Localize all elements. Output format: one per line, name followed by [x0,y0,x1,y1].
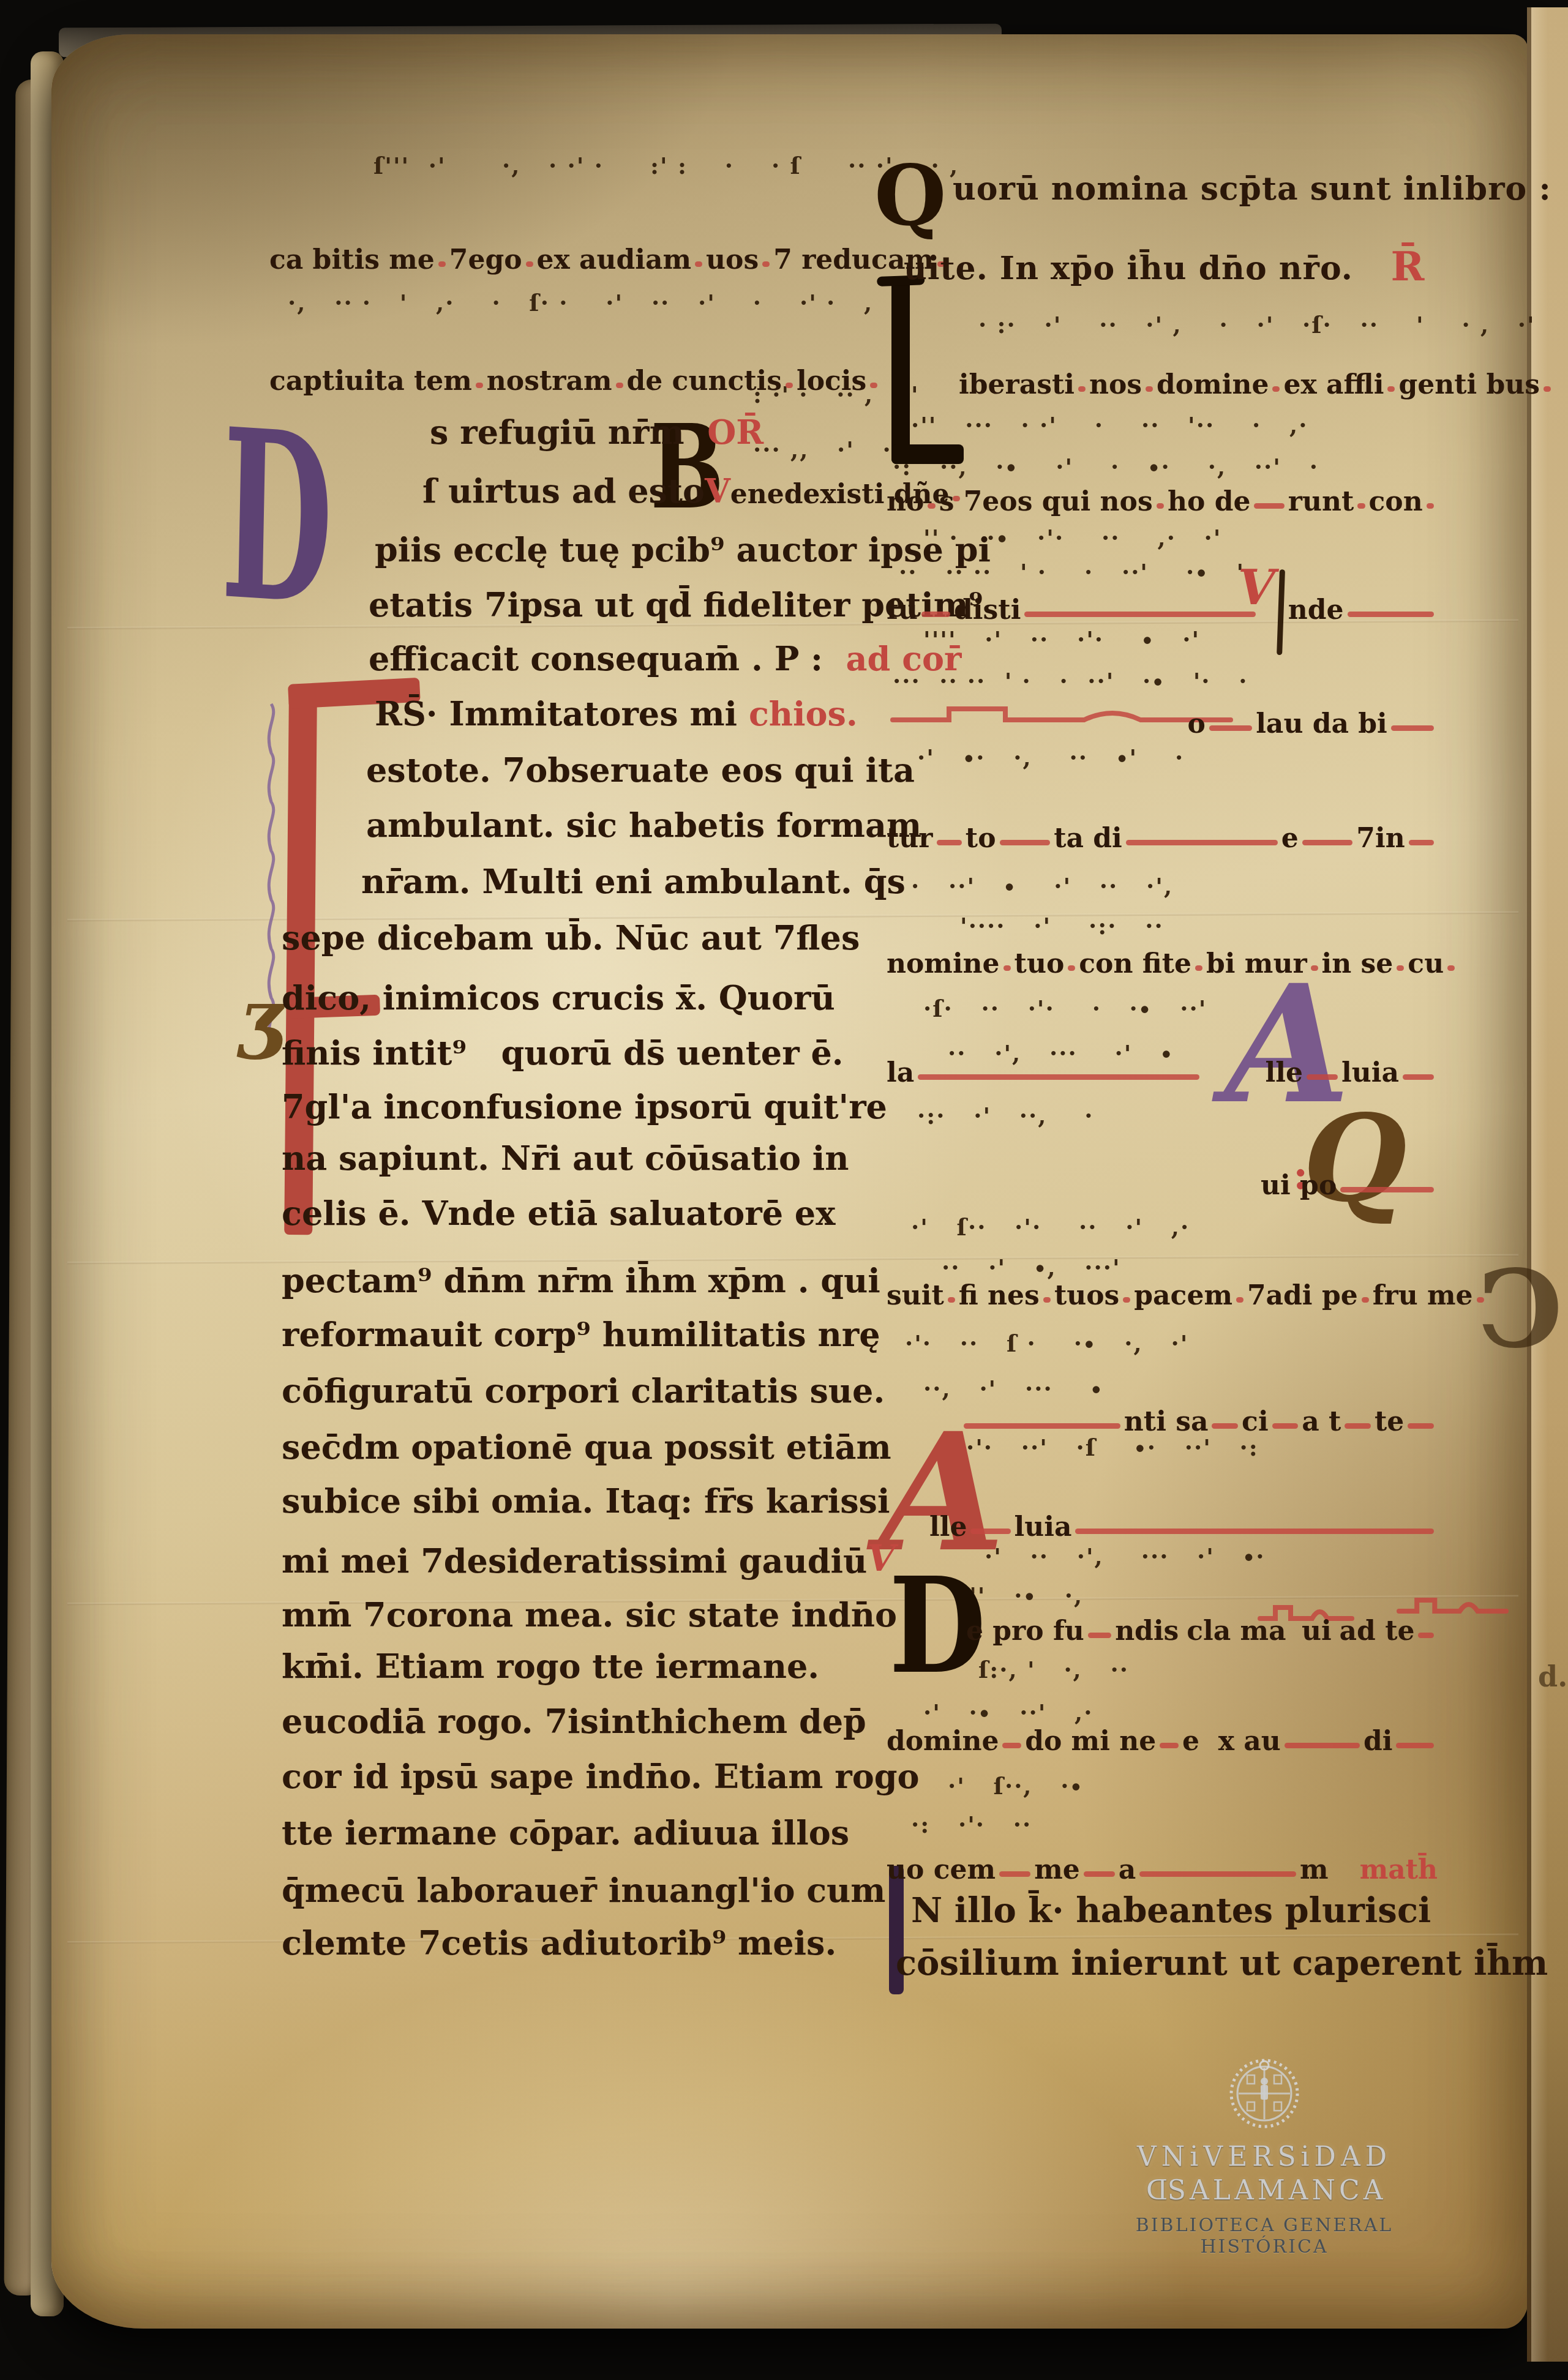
syllable-text: to [966,823,996,853]
text-line: q̄mecū laborauer̄ inuangl'io cum [282,1872,872,1909]
text-line: RS̄· Immitatores mi chios. [375,695,872,732]
manuscript-photo: VNiVERSiDAD DSALAMANCA BIBLIOTECA GENERA… [0,0,1568,2380]
syllable-text: subice sibi omia. Itaq: fr̄s karissi [282,1483,890,1519]
syllable-text: na sapiunt. Nr̄i aut cōūsatio in [282,1140,849,1177]
chant-line: uo cemmeammath̄ [887,1855,1438,1885]
syllable-text: celis ē. Vnde etiā saluatorē ex [282,1195,835,1232]
syllable-text: a [1119,1855,1136,1885]
neume-row: ſ:·, ' ·, ·· [978,1656,1129,1683]
rubric-text: chios. [749,695,858,732]
red-line-filler [1362,1297,1369,1303]
text-line: 7gl'a inconfusione ipsorū quit're [282,1088,872,1125]
chant-line: captiuita temnostramde cunctislocis [269,366,872,396]
syllable-text: pacem [1134,1281,1232,1311]
chant-line: suitfi nestuospacem7adi pefru me [887,1281,1438,1311]
syllable-text: fru me [1373,1281,1473,1311]
syllable-text: e pro fu [966,1616,1084,1646]
syllable-text: N illo k̄· habeantes plurisci [911,1892,1431,1930]
red-line-filler [1002,1743,1021,1748]
text-line: sec̄dm opationē qua possit etiām [282,1429,872,1465]
red-line-filler [1311,965,1318,971]
syllable-text: x au [1218,1726,1281,1756]
syllable-text: tur [887,823,933,853]
text-line: mi mei 7desideratissimi gaudiū [282,1543,872,1579]
rubric-text: OR̄ [707,414,763,451]
next-folio-edge [1527,7,1568,2362]
neume-row: ·: ·'· ·· [911,1811,1032,1838]
syllable-text: o [1188,709,1206,739]
initial-l-stem [891,280,910,464]
syllable-text: ci [1242,1407,1269,1437]
red-line-filler [1345,1423,1371,1429]
syllable-text: ad te [1340,1616,1415,1646]
red-line-filler [1209,725,1252,731]
text-line: efficacit consequam̄ . P : ad cor̄ [369,640,872,677]
syllable-text: lle [929,1512,967,1542]
red-line-filler [695,261,702,267]
text-line: nr̄am. Multi eni ambulant. q̄s [361,863,872,900]
syllable-text: nos [1089,370,1142,400]
syllable-text: disti [954,595,1021,625]
rubric-text: V [705,473,730,509]
text-line: na sapiunt. Nr̄i aut cōūsatio in [282,1140,872,1177]
neume-row: ·' ſ··, ·∙ [948,1772,1083,1800]
syllable-text: efficacit consequam̄ . P : [369,640,846,677]
syllable-text: ui [1302,1616,1332,1646]
university-seal-icon [1228,2057,1301,2130]
red-line-filler [1254,503,1284,509]
text-line: sepe dicebam ub̄. Nūc aut 7fles [282,919,872,956]
chant-line: nominetuocon fitebi murin secu [887,949,1438,979]
text-line: celis ē. Vnde etiā saluatorē ex [282,1195,872,1232]
chant-line: fudistinde [887,595,1438,625]
syllable-text: e [1281,823,1299,853]
rubric-text: math̄ [1360,1855,1438,1885]
red-line-filler [999,1871,1030,1877]
syllable-text: finis intit⁹ quorū ds̄ uenter ē. [282,1035,844,1071]
chant-line: dominedo mi neex audi [887,1726,1438,1756]
red-line-filler [438,261,446,267]
red-line-filler [1160,1743,1179,1748]
red-line-filler [1272,1423,1299,1429]
text-line: clemte 7cetis adiutorib⁹ meis. [282,1925,872,1961]
red-line-filler [1272,386,1280,392]
red-line-filler [1307,1074,1338,1080]
syllable-text: cōfiguratū corpori claritatis sue. [282,1372,885,1409]
syllable-text: tuo [1015,949,1065,979]
neume-row: ſ''' ·' ·, · ·' · :' : · · ſ ·· ·' · , [373,152,959,179]
red-line-filler [921,612,950,617]
syllable-text: domine [887,1726,999,1756]
syllable-text: ſ uirtus ad esto [422,473,705,509]
chant-line: turtota die7in [887,823,1438,853]
syllable-text: in se [1322,949,1394,979]
text-line: eucodiā rogo. 7isinthichem dep̄ [282,1703,872,1740]
syllable-text: ta di [1054,823,1122,853]
red-line-filler [786,383,793,388]
chant-line: nti sacia tte [960,1407,1438,1437]
syllable-text: a t [1302,1407,1341,1437]
syllable-text: mi mei 7desideratissimi gaudiū [282,1543,867,1579]
text-line: ambulant. sic habetis formam [366,807,872,844]
syllable-text: me [1034,1855,1080,1885]
neume-row: ·' ſ·· ·'· ·· ·' ,· [911,1213,1190,1241]
red-line-filler [1043,1297,1051,1303]
red-line-filler [918,1074,1199,1080]
syllable-text: bi mur [1206,949,1307,979]
text-line: tte iermane cōpar. adiuua illos [282,1814,872,1851]
text-line: ſ uirtus ad estoVenedexisti dñe [422,473,872,509]
red-line-filler [1123,1297,1130,1303]
red-line-filler [1397,965,1404,971]
syllable-text: reformauit corp⁹ humilitatis nrę [282,1316,880,1353]
syllable-text: la [887,1058,914,1088]
syllable-text: dico, inimicos crucis x̄. Quorū [282,979,835,1016]
syllable-text: 7in [1356,823,1405,853]
red-line-filler [1409,840,1434,845]
text-line: s refugiū nr̄m OR̄ [430,414,872,451]
red-line-filler [1003,965,1011,971]
syllable-text: e [1182,1726,1199,1756]
red-line-filler [1348,612,1434,617]
syllable-text: ui po [1261,1170,1337,1200]
text-line: cōsilium inierunt ut caperent ih̄m [896,1944,1438,1983]
syllable-text: s refugiū nr̄m [430,414,707,451]
chant-line: ca bitis me7egoex audiamuos7 reducam [269,245,872,275]
syllable-text: con [1369,487,1423,517]
syllable-text: s 7eos qui nos [939,487,1153,517]
syllable-text: cu [1408,949,1444,979]
neume-row: ·:· ·' ··, · [917,1102,1094,1129]
red-line-filler [937,840,962,845]
syllable-text: fi nes [959,1281,1040,1311]
syllable-text: luia [1341,1058,1399,1088]
text-line: etatis 7ipsa ut qd̄ fideliter petim⁹ [369,586,872,623]
chant-line: ui po [887,1170,1438,1200]
red-line-filler [1139,1871,1296,1877]
syllable-text: m [1300,1855,1329,1885]
text-line: finis intit⁹ quorū ds̄ uenter ē. [282,1035,872,1071]
neume-row: '···· ·' ·:· ·· [960,912,1164,940]
syllable-text: iberasti [959,370,1075,400]
syllable-text: ambulant. sic habetis formam [366,807,921,844]
chant-line: nos 7eos qui nosho deruntcon [887,487,1438,517]
syllable-text: lau da bi [1256,709,1387,739]
red-line-filler [1078,386,1086,392]
red-line-filler [1068,965,1075,971]
text-line: piis ecclę tuę pcib⁹ auctor ipse pi [375,531,872,568]
red-line-filler [1544,386,1551,392]
neume-row: ·' ·· ·', ··· ·' ∙· [985,1543,1266,1570]
syllable-text: uo cem [887,1855,996,1885]
rubric-text: R̄ [1391,246,1425,286]
neume-row: ·'· ··' ·ſ ∙· ··' ·: [966,1434,1259,1461]
syllable-text: 7adi pe [1247,1281,1358,1311]
syllable-text: ndis [1115,1616,1179,1646]
text-line: subice sibi omia. Itaq: fr̄s karissi [282,1483,872,1519]
neume-row: ·ſ· ·· ·'· · ·∙ ··' [923,995,1207,1022]
heading-line: uorū nomina scp̄ta sunt inlibro : [953,171,1438,207]
red-line-filler [1146,386,1153,392]
red-line-filler [1236,1297,1244,1303]
red-line-filler [1157,503,1164,509]
syllable-text: piis ecclę tuę pcib⁹ auctor ipse pi [375,531,991,568]
chant-line: lleluia [929,1512,1438,1542]
syllable-text: RS̄· Immitatores mi [375,695,749,732]
neume-row: · :· ·' ·· ·' , · ·' ·ſ· ·· ' · , ·' [978,311,1536,339]
text-line: pectam⁹ dn̄m nr̄m ih̄m xp̄m . qui [282,1262,872,1299]
syllable-text: uos [706,245,759,275]
text-line: cōfiguratū corpori claritatis sue. [282,1372,872,1409]
syllable-text: 7ego [449,245,522,275]
syllable-text: uorū nomina scp̄ta sunt inlibro : [953,171,1551,207]
red-line-filler [1387,386,1395,392]
text-line: cor id ipsū sape indn̄o. Etiam rogo [282,1758,872,1795]
syllable-text: te [1375,1407,1404,1437]
watermark-city-name: DSALAMANCA [1102,2175,1427,2206]
red-line-filler [1195,965,1202,971]
initial-q-heading: Q [874,154,947,237]
syllable-text: 7gl'a inconfusione ipsorū quit're [282,1088,887,1125]
red-line-filler [1084,1871,1115,1877]
chant-line: lalleluia [887,1058,1438,1088]
red-line-filler [1357,503,1365,509]
syllable-text: nde [1288,595,1344,625]
red-line-filler [1447,965,1455,971]
reversed-d-glyph: D [1142,2175,1168,2206]
library-watermark: VNiVERSiDAD DSALAMANCA BIBLIOTECA GENERA… [1102,2057,1427,2258]
syllable-text: de cunctis [627,366,782,396]
syllable-text: domine [1157,370,1269,400]
neume-row: '''' ·' ·· ·'· ∙ ·' [923,626,1200,653]
heading-line: uite. In xp̄o ih̄u dn̄o nr̄o.R̄ [904,246,1438,286]
red-line-filler [1302,840,1353,845]
syllable-text: suit [887,1281,944,1311]
neume-row: ·'· ·· ſ · ·∙ ·, ·' [905,1330,1188,1357]
red-line-filler [1477,1297,1484,1303]
syllable-text: mm̄ 7corona mea. sic state indn̄o [282,1596,897,1633]
syllable-text: con fite [1079,949,1191,979]
red-line-filler [1285,1743,1360,1748]
syllable-text: no [887,487,924,517]
red-step-adte [1399,1596,1506,1615]
syllable-text: estote. 7obseruate eos qui ita [366,752,915,788]
red-line-filler [1212,1423,1238,1429]
neume-row: ·'' ··· · ·' · ·· '·· · ,· [911,411,1308,439]
red-line-filler [1403,1074,1434,1080]
red-line-filler [1126,840,1278,845]
red-line-filler [1075,1529,1434,1534]
syllable-text: tuos [1054,1281,1119,1311]
syllable-text: ex audiam [537,245,692,275]
syllable-text: fu [887,595,918,625]
red-line-filler [762,261,770,267]
syllable-text: clemte 7cetis adiutorib⁹ meis. [282,1925,836,1961]
syllable-text: km̄i. Etiam rogo tte iermane. [282,1648,819,1685]
red-line-filler [476,383,483,388]
syllable-text: do mi ne [1025,1726,1156,1756]
margin-squiggle: ʒ [239,979,282,1056]
syllable-text: sepe dicebam ub̄. Nūc aut 7fles [282,919,860,956]
syllable-text: uite. In xp̄o ih̄u dn̄o nr̄o. [904,251,1353,286]
syllable-text: nostram [487,366,612,396]
syllable-text: cla ma [1187,1616,1286,1646]
watermark-university-name: VNiVERSiDAD [1102,2141,1427,2172]
syllable-text: sec̄dm opationē qua possit etiām [282,1429,891,1465]
syllable-text: pectam⁹ dn̄m nr̄m ih̄m xp̄m . qui [282,1262,880,1299]
text-line: N illo k̄· habeantes plurisci [911,1892,1438,1930]
red-line-filler [1391,725,1434,731]
syllable-text: nti sa [1124,1407,1209,1437]
syllable-text: nomine [887,949,1000,979]
syllable-text: ex affli [1283,370,1384,400]
syllable-text: locis [797,366,866,396]
syllable-text: tte iermane cōpar. adiuua illos [282,1814,849,1851]
syllable-text: runt [1288,487,1354,517]
syllable-text: luia [1015,1512,1072,1542]
text-line: estote. 7obseruate eos qui ita [366,752,872,788]
red-line-filler [1418,1633,1434,1638]
syllable-text: lle [1266,1058,1303,1088]
neume-row: ·, ·· · ' ,· · ſ· · ·' ·· ·' · ·' · , [288,289,873,316]
red-line-filler [526,261,533,267]
syllable-text: cor id ipsū sape indn̄o. Etiam rogo [282,1758,920,1795]
initial-l-foot [891,444,964,464]
text-line: reformauit corp⁹ humilitatis nrę [282,1316,872,1353]
red-line-filler [1408,1423,1434,1429]
neume-row: · ··' ∙ ·' ·· ·', [911,872,1173,900]
syllable-text: eucodiā rogo. 7isinthichem dep̄ [282,1703,866,1740]
syllable-text: ca bitis me [269,245,435,275]
text-line: km̄i. Etiam rogo tte iermane. [282,1648,872,1685]
red-line-filler [948,1297,955,1303]
initial-ds-purple: D [220,398,335,637]
neume-row: ·· ·' ∙, ···' [942,1254,1121,1281]
syllable-text: nr̄am. Multi eni ambulant. q̄s [361,863,906,900]
red-line-filler [964,1423,1120,1429]
syllable-text: q̄mecū laborauer̄ inuangl'io cum [282,1872,885,1909]
next-folio-d: d. [1538,1663,1567,1691]
syllable-text: cōsilium inierunt ut caperent ih̄m [896,1944,1548,1983]
chant-line: iberastinosdomineex affligenti bus [959,370,1438,400]
red-line-filler [1088,1633,1111,1638]
red-line-filler [970,1529,1010,1534]
syllable-text: captiuita tem [269,366,472,396]
red-line-filler [1427,503,1434,509]
text-line: dico, inimicos crucis x̄. Quorū [282,979,872,1016]
red-line-filler [928,503,935,509]
syllable-text: di [1364,1726,1392,1756]
neume-row: ·' ∙· ·, ·· ∙' · [917,744,1184,771]
watermark-library-name: BIBLIOTECA GENERAL HISTÓRICA [1102,2215,1427,2258]
chant-line: olau da bi [887,709,1438,739]
red-line-filler [1340,1187,1434,1192]
next-folio-letter: C [1477,1256,1562,1363]
syllable-text: ho de [1168,487,1250,517]
red-line-filler [616,383,623,388]
red-line-filler [1000,840,1051,845]
text-line: mm̄ 7corona mea. sic state indn̄o [282,1596,872,1633]
red-line-filler [1396,1743,1434,1748]
red-line-filler [1024,612,1255,617]
rubric-text: ad cor̄ [846,640,962,677]
syllable-text: genti bus [1398,370,1540,400]
chant-line: e pro fundiscla mauiad te [966,1616,1438,1646]
